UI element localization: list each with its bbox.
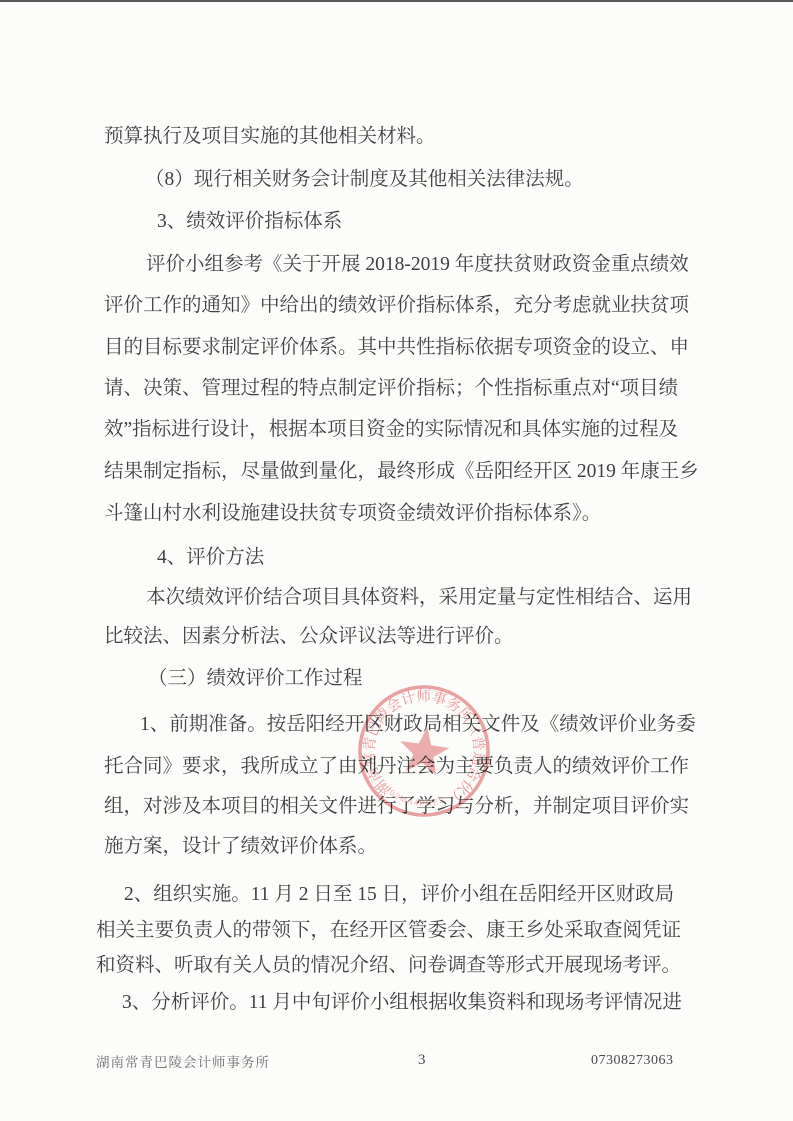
body-line: 本次绩效评价结合项目具体资料，采用定量与定性相结合、运用 bbox=[146, 581, 692, 609]
body-line: 目的目标要求制定评价体系。其中共性指标依据专项资金的设立、申 bbox=[104, 331, 689, 359]
body-line: 3、分析评价。11 月中旬评价小组根据收集资料和现场考评情况进 bbox=[122, 986, 682, 1014]
scan-edge-artifact bbox=[0, 0, 793, 2]
body-line: 请、决策、管理过程的特点制定评价指标；个性指标重点对“项目绩 bbox=[104, 372, 678, 400]
body-line: 1、前期准备。按岳阳经开区财政局相关文件及《绩效评价业务委 bbox=[140, 708, 696, 736]
body-line: 组，对涉及本项目的相关文件进行了学习与分析，并制定项目评价实 bbox=[104, 790, 689, 818]
footer-company-name: 湖南常青巴陵会计师事务所 bbox=[96, 1051, 270, 1071]
footer-page-number: 3 bbox=[418, 1052, 426, 1069]
footer-phone-number: 07308273063 bbox=[591, 1053, 674, 1069]
body-line: 评价小组参考《关于开展 2018-2019 年度扶贫财政资金重点绩效 bbox=[146, 248, 689, 276]
body-line: 评价工作的通知》中给出的绩效评价指标体系，充分考虑就业扶贫项 bbox=[104, 289, 689, 317]
section-heading: 3、绩效评价指标体系 bbox=[157, 205, 342, 233]
body-line: 比较法、因素分析法、公众评议法等进行评价。 bbox=[104, 620, 514, 648]
body-line: 效”指标进行设计，根据本项目资金的实际情况和具体实施的过程及 bbox=[104, 413, 678, 441]
body-line: 施方案，设计了绩效评价体系。 bbox=[104, 830, 377, 858]
section-heading: （三）绩效评价工作过程 bbox=[148, 662, 363, 690]
body-line: 结果制定指标，尽量做到量化，最终形成《岳阳经开区 2019 年康王乡 bbox=[104, 455, 699, 483]
body-line: 斗篷山村水利设施建设扶贫专项资金绩效评价指标体系》。 bbox=[104, 497, 601, 525]
body-line: 和资料、听取有关人员的情况介绍、问卷调查等形式开展现场考评。 bbox=[96, 949, 681, 977]
body-line: （8）现行相关财务会计制度及其他相关法律法规。 bbox=[145, 163, 584, 191]
body-line: 托合同》要求，我所成立了由刘丹注会为主要负责人的绩效评价工作 bbox=[104, 750, 689, 778]
body-line: 2、组织实施。11 月 2 日至 15 日，评价小组在岳阳经开区财政局 bbox=[124, 878, 674, 906]
body-line: 相关主要负责人的带领下，在经开区管委会、康王乡处采取查阅凭证 bbox=[96, 914, 681, 942]
section-heading: 4、评价方法 bbox=[157, 541, 264, 569]
scanned-report-page: 预算执行及项目实施的其他相关材料。 （8）现行相关财务会计制度及其他相关法律法规… bbox=[0, 0, 793, 1121]
body-line: 预算执行及项目实施的其他相关材料。 bbox=[104, 120, 436, 148]
